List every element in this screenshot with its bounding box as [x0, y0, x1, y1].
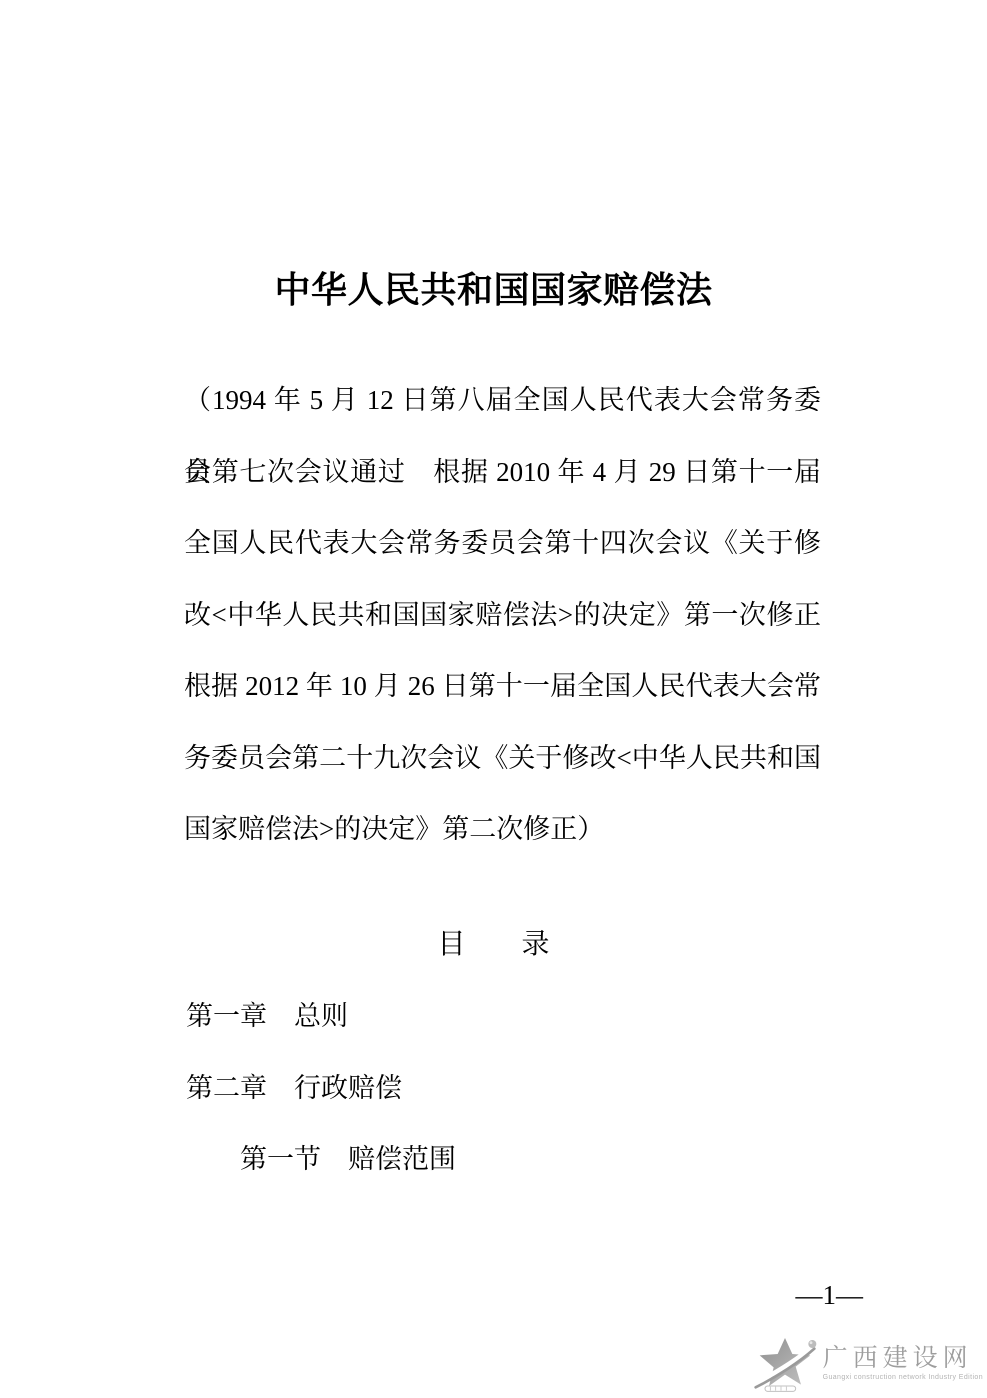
watermark-site-name: 广西建设网	[823, 1345, 973, 1373]
document-page: 中华人民共和国国家赔偿法 （1994 年 5 月 12 日第八届全国人民代表大会…	[0, 0, 987, 1398]
preamble-line: 改<中华人民共和国国家赔偿法>的决定》第一次修正	[184, 580, 821, 652]
preamble-line: 务委员会第二十九次会议《关于修改<中华人民共和国	[184, 723, 821, 795]
watermark-text: 广西建设网 Guangxi construction network Indus…	[823, 1345, 983, 1383]
star-logo-icon	[751, 1334, 819, 1394]
preamble-paragraph: （1994 年 5 月 12 日第八届全国人民代表大会常务委员 会第七次会议通过…	[184, 365, 821, 866]
toc-item-chapter-1: 第一章 总则	[186, 981, 456, 1053]
table-of-contents: 第一章 总则 第二章 行政赔偿 第一节 赔偿范围	[186, 981, 456, 1196]
watermark: 广西建设网 Guangxi construction network Indus…	[751, 1334, 983, 1394]
preamble-line: 根据 2012 年 10 月 26 日第十一届全国人民代表大会常	[184, 651, 821, 723]
page-number: —1—	[796, 1281, 864, 1309]
preamble-line: 全国人民代表大会常务委员会第十四次会议《关于修	[184, 508, 821, 580]
preamble-line: 国家赔偿法>的决定》第二次修正）	[184, 794, 821, 866]
preamble-line: （1994 年 5 月 12 日第八届全国人民代表大会常务委员	[184, 365, 821, 437]
toc-item-chapter-2: 第二章 行政赔偿	[186, 1053, 456, 1125]
toc-heading: 目 录	[0, 925, 987, 965]
page-title: 中华人民共和国国家赔偿法	[0, 268, 987, 312]
preamble-line: 会第七次会议通过 根据 2010 年 4 月 29 日第十一届	[184, 437, 821, 509]
toc-item-section-1: 第一节 赔偿范围	[186, 1124, 456, 1196]
watermark-tagline: Guangxi construction network Industry Ed…	[823, 1373, 983, 1383]
